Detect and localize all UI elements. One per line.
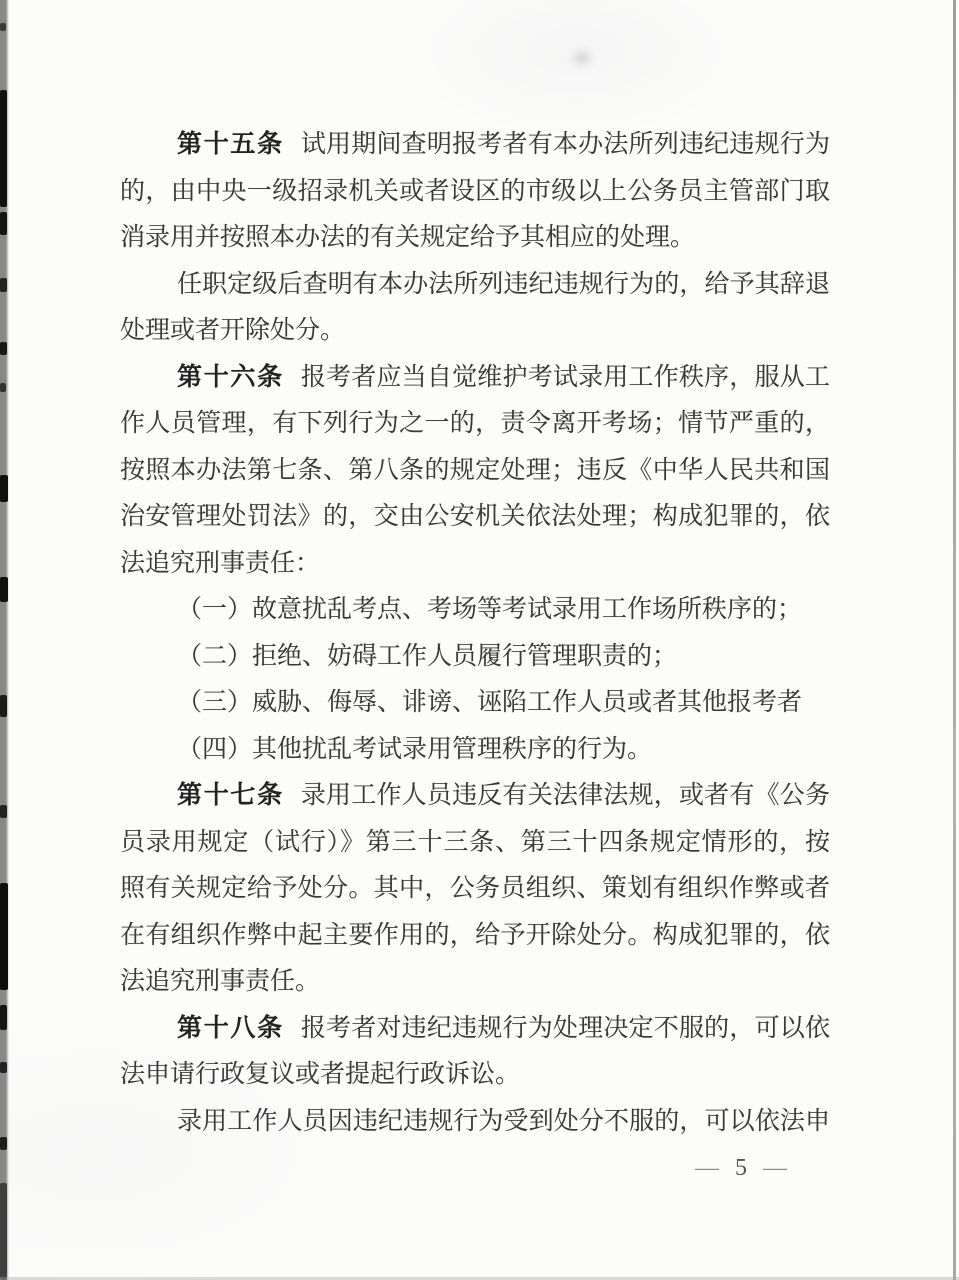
- text-line-01-article-15-start: 第十五条试用期间查明报考者有本办法所列违纪违规行为: [120, 122, 830, 169]
- text-line-02: 的，由中央一级招录机关或者设区的市级以上公务员主管部门取: [120, 169, 830, 216]
- text-line-04-paragraph-start: 任职定级后查明有本办法所列违纪违规行为的，给予其辞退: [120, 262, 830, 309]
- page-number-left-dash: —: [695, 1155, 720, 1181]
- text-line-08: 按照本办法第七条、第八条的规定处理；违反《中华人民共和国: [120, 448, 830, 495]
- scan-smudge: [566, 44, 598, 72]
- scan-artifact-blob: [0, 212, 7, 235]
- article-17-number: 第十七条: [177, 782, 284, 809]
- line-text: 报考者应当自觉维护考试录用工作秩序，服从工: [301, 364, 830, 391]
- article-15-number: 第十五条: [177, 131, 284, 158]
- text-line-17: 照有关规定给予处分。其中，公务员组织、策划有组织作弊或者: [120, 866, 830, 913]
- scan-artifact-blob: [0, 23, 6, 31]
- text-line-13-item-3: （三）威胁、侮辱、诽谤、诬陷工作人员或者其他报考者的；: [120, 680, 830, 727]
- line-text: 录用工作人员违反有关法律法规，或者有《公务: [301, 782, 830, 809]
- scan-artifact-blob: [0, 1183, 7, 1280]
- text-line-12-item-2: （二）拒绝、妨碍工作人员履行管理职责的；: [120, 634, 830, 681]
- line-text: 报考者对违纪违规行为处理决定不服的，可以依: [301, 1015, 830, 1042]
- text-line-10: 法追究刑事责任：: [120, 541, 830, 588]
- scan-artifact-blob: [0, 90, 7, 207]
- article-18-number: 第十八条: [177, 1015, 284, 1042]
- text-line-20-article-18-start: 第十八条报考者对违纪违规行为处理决定不服的，可以依: [120, 1006, 830, 1053]
- document-text-block: 第十五条试用期间查明报考者有本办法所列违纪违规行为 的，由中央一级招录机关或者设…: [120, 122, 830, 1145]
- page-number-value: 5: [735, 1155, 748, 1181]
- text-line-03: 消录用并按照本办法的有关规定给予其相应的处理。: [120, 215, 830, 262]
- scan-artifact-blob: [0, 805, 7, 818]
- scan-artifact-blob: [0, 1137, 7, 1150]
- text-line-19: 法追究刑事责任。: [120, 959, 830, 1006]
- article-16-number: 第十六条: [177, 364, 284, 391]
- text-line-21: 法申请行政复议或者提起行政诉讼。: [120, 1052, 830, 1099]
- scan-artifact-blob: [0, 278, 7, 292]
- page-number: —5—: [120, 1145, 830, 1192]
- scan-artifact-blob: [0, 883, 8, 990]
- scan-right-line: [953, 0, 956, 1280]
- text-line-15-article-17-start: 第十七条录用工作人员违反有关法律法规，或者有《公务: [120, 773, 830, 820]
- line-text: 试用期间查明报考者有本办法所列违纪违规行为: [301, 131, 830, 158]
- text-line-22-paragraph-start: 录用工作人员因违纪违规行为受到处分不服的，可以依法申: [120, 1099, 830, 1146]
- text-line-09: 治安管理处罚法》的，交由公安机关依法处理；构成犯罪的，依: [120, 494, 830, 541]
- scan-artifact-blob: [0, 1062, 7, 1073]
- page-number-right-dash: —: [763, 1155, 788, 1181]
- text-line-16: 员录用规定（试行）》第三十三条、第三十四条规定情形的，按: [120, 820, 830, 867]
- scan-artifact-blob: [0, 1005, 7, 1030]
- text-line-07: 作人员管理，有下列行为之一的，责令离开考场；情节严重的，: [120, 401, 830, 448]
- scan-artifact-blob: [0, 383, 6, 392]
- text-line-14-item-4: （四）其他扰乱考试录用管理秩序的行为。: [120, 727, 830, 774]
- text-line-11-item-1: （一）故意扰乱考点、考场等考试录用工作场所秩序的；: [120, 587, 830, 634]
- text-line-18: 在有组织作弊中起主要作用的，给予开除处分。构成犯罪的，依: [120, 913, 830, 960]
- scan-artifact-blob: [0, 577, 8, 602]
- scan-artifact-blob: [0, 475, 8, 502]
- text-line-05: 处理或者开除处分。: [120, 308, 830, 355]
- text-line-06-article-16-start: 第十六条报考者应当自觉维护考试录用工作秩序，服从工: [120, 355, 830, 402]
- scan-edge-strip: [0, 0, 9, 1280]
- scan-artifact-blob: [0, 342, 7, 355]
- scan-artifact-blob: [0, 695, 7, 717]
- scanned-document-page: 第十五条试用期间查明报考者有本办法所列违纪违规行为 的，由中央一级招录机关或者设…: [0, 0, 959, 1280]
